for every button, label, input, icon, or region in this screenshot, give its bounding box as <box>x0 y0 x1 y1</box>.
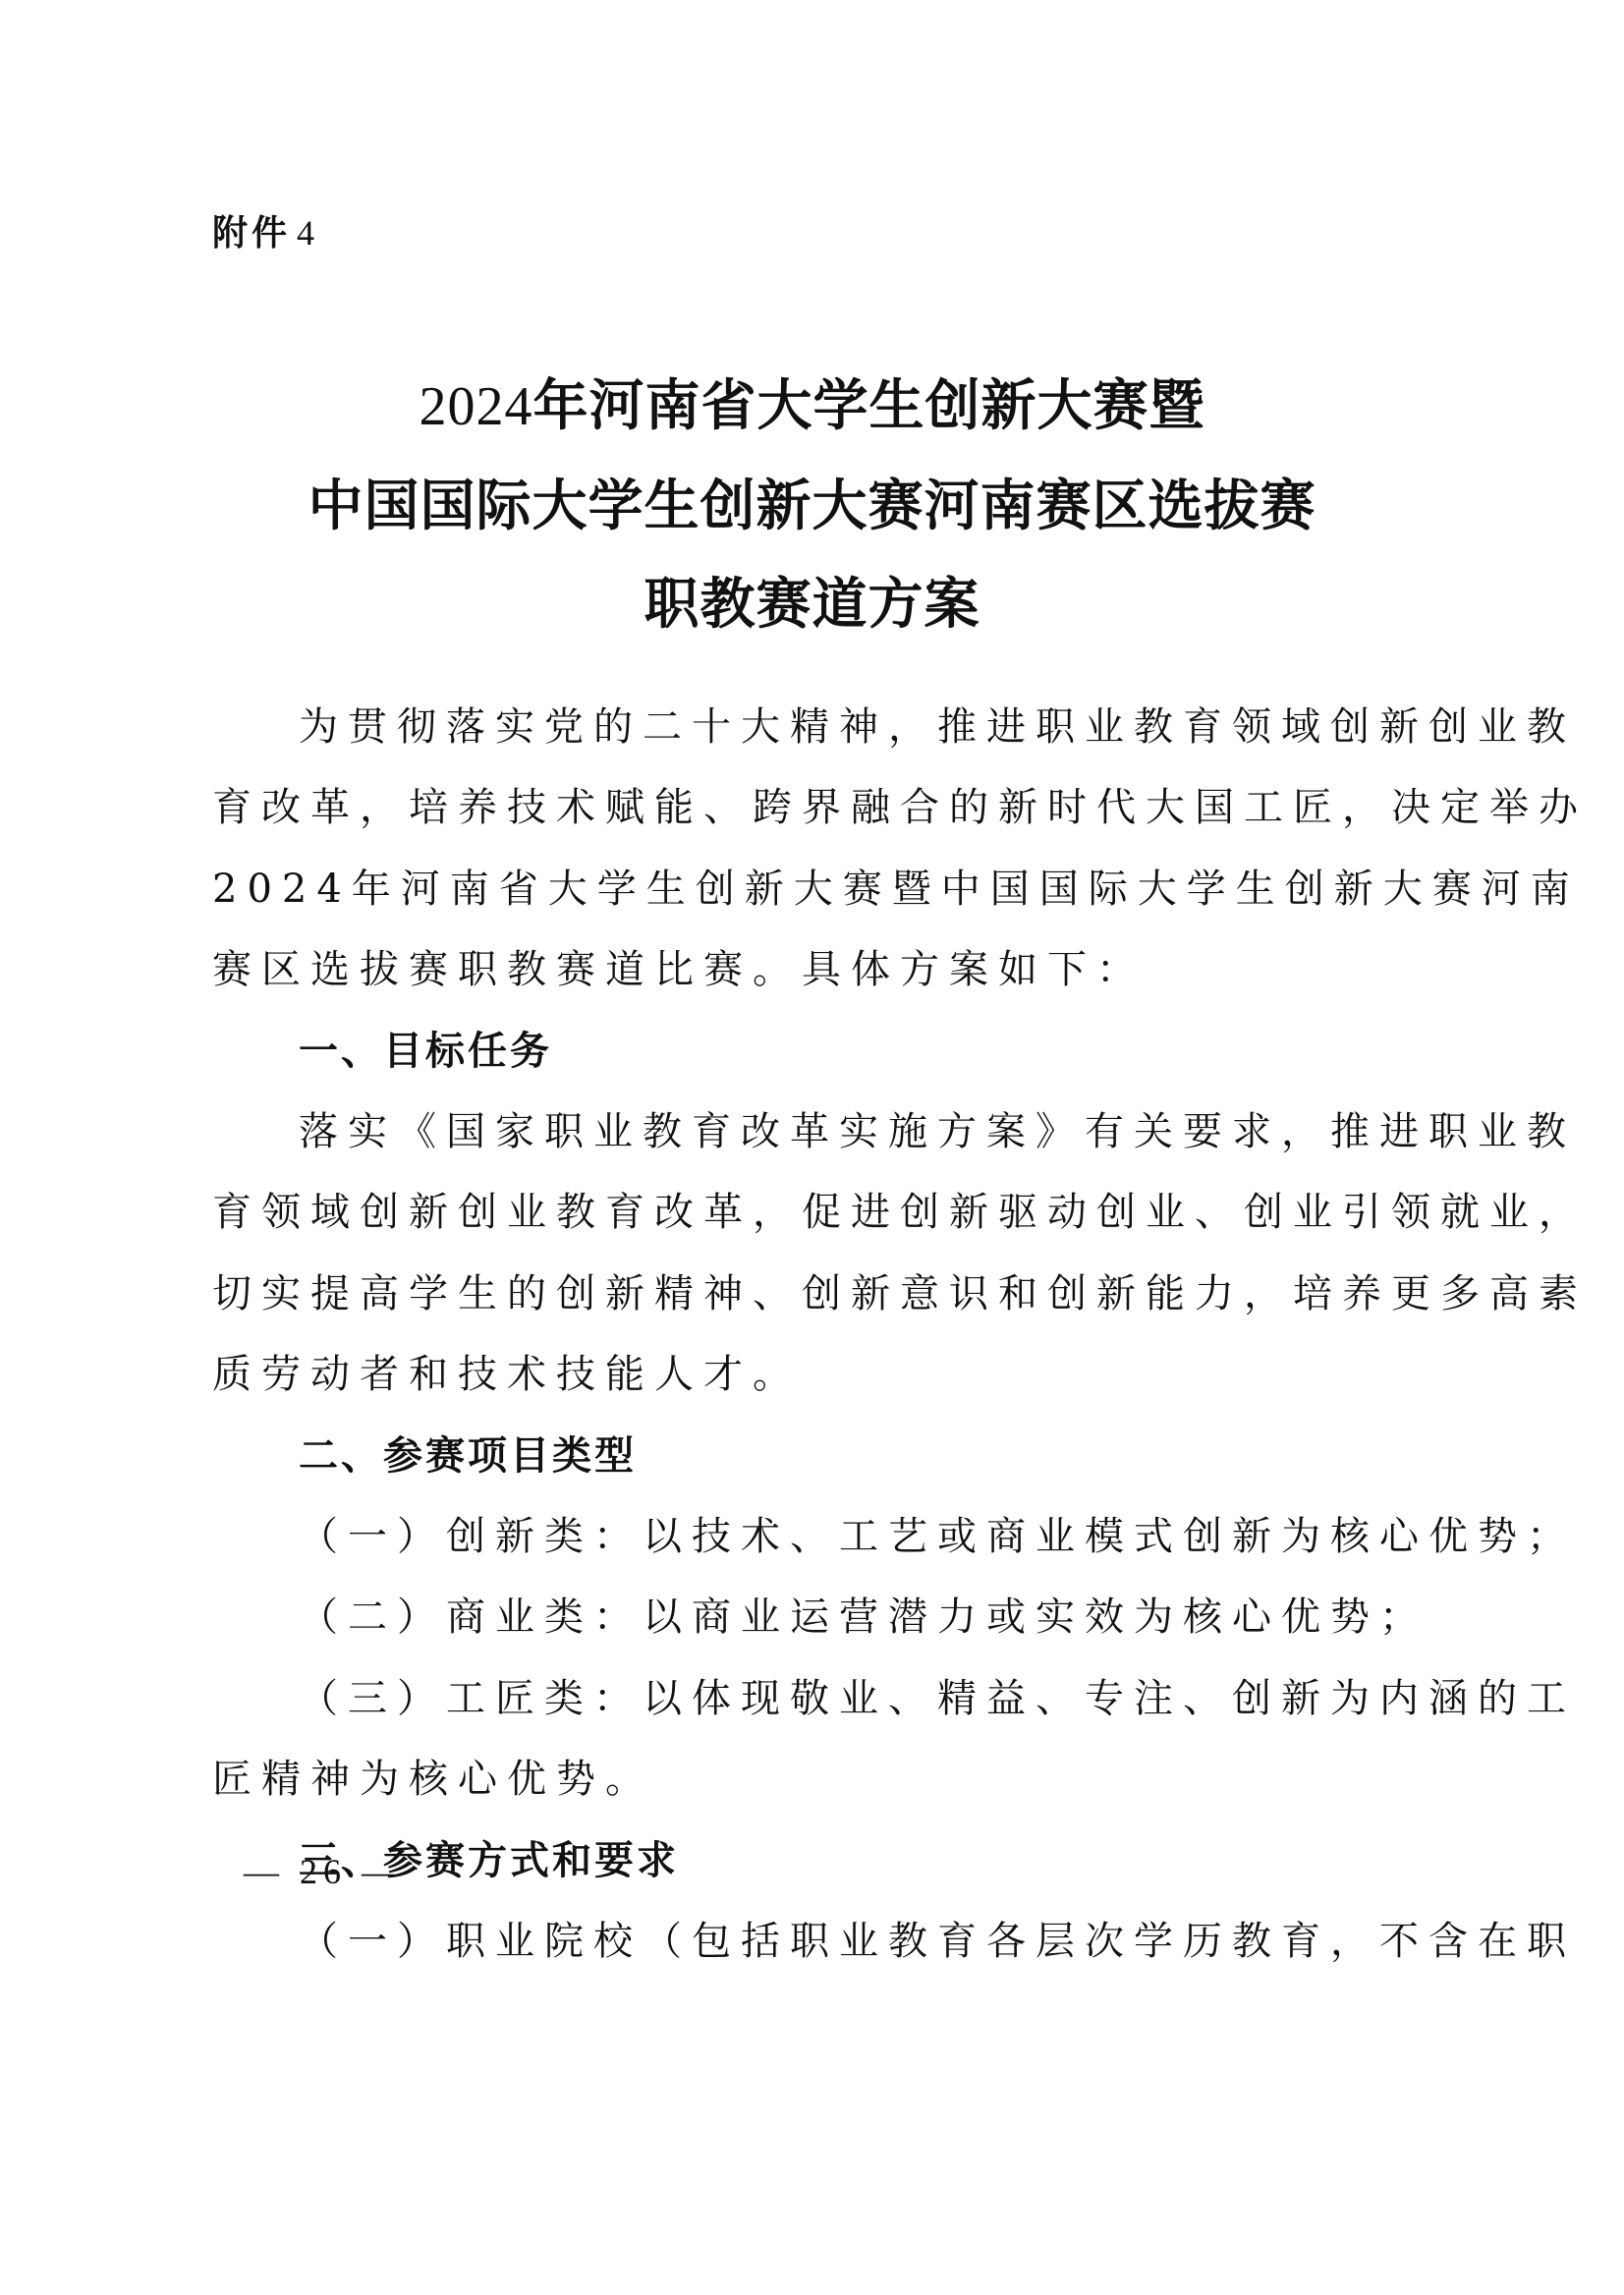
section-heading: 二、参赛项目类型 <box>299 1428 637 1483</box>
title-line-1-text: 年河南省大学生创新大赛暨 <box>533 373 1205 438</box>
attachment-label-text: 附件 <box>212 213 291 253</box>
paragraph-line: 质劳动者和技术技能人才。 <box>212 1347 802 1402</box>
paragraph-line: 为贯彻落实党的二十大精神，推进职业教育领域创新创业教 <box>299 700 1576 755</box>
attachment-number: 4 <box>297 213 318 252</box>
section-heading: 一、目标任务 <box>299 1024 552 1079</box>
paragraph-line: 赛区选拔赛职教赛道比赛。具体方案如下： <box>212 942 1146 997</box>
paragraph-line: 育改革，培养技术赋能、跨界融合的新时代大国工匠，决定举办 <box>212 780 1588 835</box>
paragraph-line: （一）创新类：以技术、工艺或商业模式创新为核心优势； <box>299 1509 1576 1564</box>
document-title-line-3: 职教赛道方案 <box>0 570 1624 639</box>
document-title-line-2: 中国国际大学生创新大赛河南赛区选拔赛 <box>0 472 1624 540</box>
attachment-label: 附件4 <box>212 208 318 258</box>
paragraph-line: 匠精神为核心优势。 <box>212 1752 654 1807</box>
paragraph-line: （二）商业类：以商业运营潜力或实效为核心优势； <box>299 1590 1428 1645</box>
document-title-line-1: 2024年河南省大学生创新大赛暨 <box>0 371 1624 441</box>
paragraph-line: 切实提高学生的创新精神、创新意识和创新能力，培养更多高素 <box>212 1266 1588 1321</box>
title-year: 2024 <box>420 376 533 437</box>
paragraph-line: 育领域创新创业教育改革，促进创新驱动创业、创业引领就业， <box>212 1185 1588 1240</box>
paragraph-line: （一）职业院校（包括职业教育各层次学历教育，不含在职 <box>299 1914 1576 1969</box>
paragraph-line: （三）工匠类：以体现敬业、精益、专注、创新为内涵的工 <box>299 1671 1576 1726</box>
paragraph-line: 2024年河南省大学生创新大赛暨中国国际大学生创新大赛河南 <box>212 862 1580 917</box>
paragraph-line: 落实《国家职业教育改革实施方案》有关要求，推进职业教 <box>299 1104 1576 1159</box>
page-number: — 26 — <box>244 1847 403 1896</box>
document-page: 附件4 2024年河南省大学生创新大赛暨 中国国际大学生创新大赛河南赛区选拔赛 … <box>0 0 1624 2295</box>
